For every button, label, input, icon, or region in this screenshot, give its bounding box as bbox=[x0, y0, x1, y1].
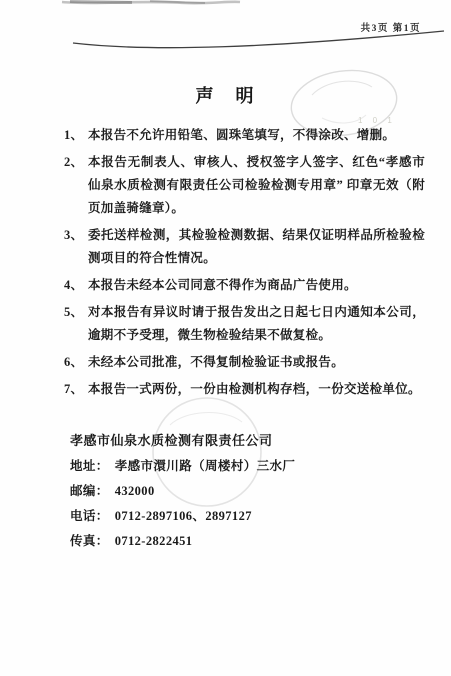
item-number: 2、 bbox=[64, 151, 88, 220]
phone-label: 电话： bbox=[70, 509, 109, 523]
item-number: 5、 bbox=[64, 301, 88, 347]
statement-item-1: 1、 本报告不允许用铅笔、圆珠笔填写，不得涂改、增删。 bbox=[64, 124, 425, 147]
item-text: 本报告一式两份，一份由检测机构存档，一份交送检单位。 bbox=[88, 378, 425, 401]
fax-value: 0712-2822451 bbox=[115, 534, 193, 548]
statement-item-6: 6、 未经本公司批准，不得复制检验证书或报告。 bbox=[64, 351, 425, 374]
statement-item-3: 3、 委托送样检测，其检验检测数据、结果仅证明样品所检验检测项目的符合性情况。 bbox=[64, 224, 425, 270]
item-number: 1、 bbox=[64, 124, 88, 147]
company-postcode-line: 邮编：432000 bbox=[70, 484, 410, 499]
top-edge-smudge-artifact bbox=[62, 1, 240, 3]
company-name: 孝感市仙泉水质检测有限责任公司 bbox=[70, 433, 410, 448]
statement-item-2: 2、 本报告无制表人、审核人、授权签字人签字、红色“孝感市仙泉水质检测有限责任公… bbox=[64, 151, 425, 220]
company-phone-line: 电话：0712-2897106、2897127 bbox=[70, 509, 410, 524]
item-number: 4、 bbox=[64, 274, 88, 297]
item-number: 7、 bbox=[64, 378, 88, 401]
phone-value: 0712-2897106、2897127 bbox=[115, 509, 252, 523]
item-text: 本报告无制表人、审核人、授权签字人签字、红色“孝感市仙泉水质检测有限责任公司检验… bbox=[88, 151, 425, 220]
item-text: 未经本公司批准，不得复制检验证书或报告。 bbox=[88, 351, 425, 374]
page-number: 共3页 第1页 bbox=[361, 20, 421, 34]
statement-item-5: 5、 对本报告有异议时请于报告发出之日起七日内通知本公司，逾期不予受理，微生物检… bbox=[64, 301, 425, 347]
fax-label: 传真： bbox=[70, 534, 109, 548]
company-contact-block: 孝感市仙泉水质检测有限责任公司 地址：孝感市澴川路（周楼村）三水厂 邮编：432… bbox=[70, 433, 410, 559]
company-fax-line: 传真：0712-2822451 bbox=[70, 534, 410, 549]
postcode-value: 432000 bbox=[115, 484, 155, 498]
page-title: 声 明 bbox=[0, 82, 451, 108]
item-number: 3、 bbox=[64, 224, 88, 270]
statement-list: 1、 本报告不允许用铅笔、圆珠笔填写，不得涂改、增删。 2、 本报告无制表人、审… bbox=[64, 124, 425, 405]
address-value: 孝感市澴川路（周楼村）三水厂 bbox=[115, 459, 296, 473]
scanned-report-page: 共3页 第1页 1 0 1 声 明 1、 本报告不允许用铅笔、圆珠笔填写，不得涂… bbox=[0, 0, 451, 676]
postcode-label: 邮编： bbox=[70, 484, 109, 498]
address-label: 地址： bbox=[70, 459, 109, 473]
statement-item-4: 4、 本报告未经本公司同意不得作为商品广告使用。 bbox=[64, 274, 425, 297]
item-text: 对本报告有异议时请于报告发出之日起七日内通知本公司，逾期不予受理，微生物检验结果… bbox=[88, 301, 425, 347]
item-text: 委托送样检测，其检验检测数据、结果仅证明样品所检验检测项目的符合性情况。 bbox=[88, 224, 425, 270]
item-text: 本报告不允许用铅笔、圆珠笔填写，不得涂改、增删。 bbox=[88, 124, 425, 147]
item-text: 本报告未经本公司同意不得作为商品广告使用。 bbox=[88, 274, 425, 297]
statement-item-7: 7、 本报告一式两份，一份由检测机构存档，一份交送检单位。 bbox=[64, 378, 425, 401]
company-address-line: 地址：孝感市澴川路（周楼村）三水厂 bbox=[70, 459, 410, 474]
item-number: 6、 bbox=[64, 351, 88, 374]
